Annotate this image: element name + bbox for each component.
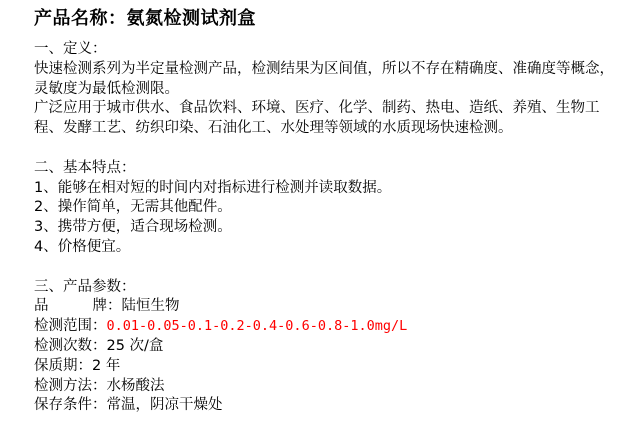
storage-label: 保存条件： (34, 397, 107, 413)
range-value: 0.01-0.05-0.1-0.2-0.4-0.6-0.8-1.0mg/L (107, 318, 408, 334)
feature-item: 3、携带方便，适合现场检测。 (34, 218, 619, 238)
count-label: 检测次数： (34, 338, 107, 354)
shelf-label: 保质期： (34, 358, 92, 374)
param-count: 检测次数：25 次/盒 (34, 337, 619, 357)
product-title: 产品名称：氨氮检测试剂盒 (34, 8, 619, 30)
brand-label-1: 品 (34, 298, 49, 314)
feature-item: 4、价格便宜。 (34, 238, 619, 258)
feature-item: 1、能够在相对短的时间内对指标进行检测并读取数据。 (34, 179, 619, 199)
param-range: 检测范围：0.01-0.05-0.1-0.2-0.4-0.6-0.8-1.0mg… (34, 317, 619, 337)
param-storage: 保存条件：常温，阴凉干燥处 (34, 396, 619, 416)
range-label: 检测范围： (34, 318, 107, 334)
shelf-value: 2 年 (92, 358, 120, 374)
definition-paragraph-1: 快速检测系列为半定量检测产品，检测结果为区间值，所以不存在精确度、准确度等概念，… (34, 60, 624, 100)
method-label: 检测方法： (34, 378, 107, 394)
count-value: 25 次/盒 (107, 338, 164, 354)
definition-heading: 一、定义： (34, 40, 619, 60)
param-shelf-life: 保质期：2 年 (34, 357, 619, 377)
brand-value: 陆恒生物 (122, 298, 180, 314)
features-heading: 二、基本特点： (34, 159, 619, 179)
params-section: 三、产品参数： 品牌：陆恒生物 检测范围：0.01-0.05-0.1-0.2-0… (34, 278, 619, 417)
param-brand: 品牌：陆恒生物 (34, 297, 619, 317)
method-value: 水杨酸法 (107, 378, 165, 394)
features-section: 二、基本特点： 1、能够在相对短的时间内对指标进行检测并读取数据。 2、操作简单… (34, 159, 619, 258)
storage-value: 常温，阴凉干燥处 (107, 397, 223, 413)
definition-paragraph-2: 广泛应用于城市供水、食品饮料、环境、医疗、化学、制药、热电、造纸、养殖、生物工程… (34, 99, 624, 139)
params-heading: 三、产品参数： (34, 278, 619, 298)
feature-item: 2、操作简单，无需其他配件。 (34, 198, 619, 218)
product-document: 产品名称：氨氮检测试剂盒 一、定义： 快速检测系列为半定量检测产品，检测结果为区… (34, 8, 619, 416)
brand-label-2: 牌： (93, 298, 122, 314)
spacer (34, 258, 619, 278)
param-method: 检测方法：水杨酸法 (34, 377, 619, 397)
spacer (34, 139, 619, 159)
definition-section: 一、定义： 快速检测系列为半定量检测产品，检测结果为区间值，所以不存在精确度、准… (34, 40, 619, 139)
